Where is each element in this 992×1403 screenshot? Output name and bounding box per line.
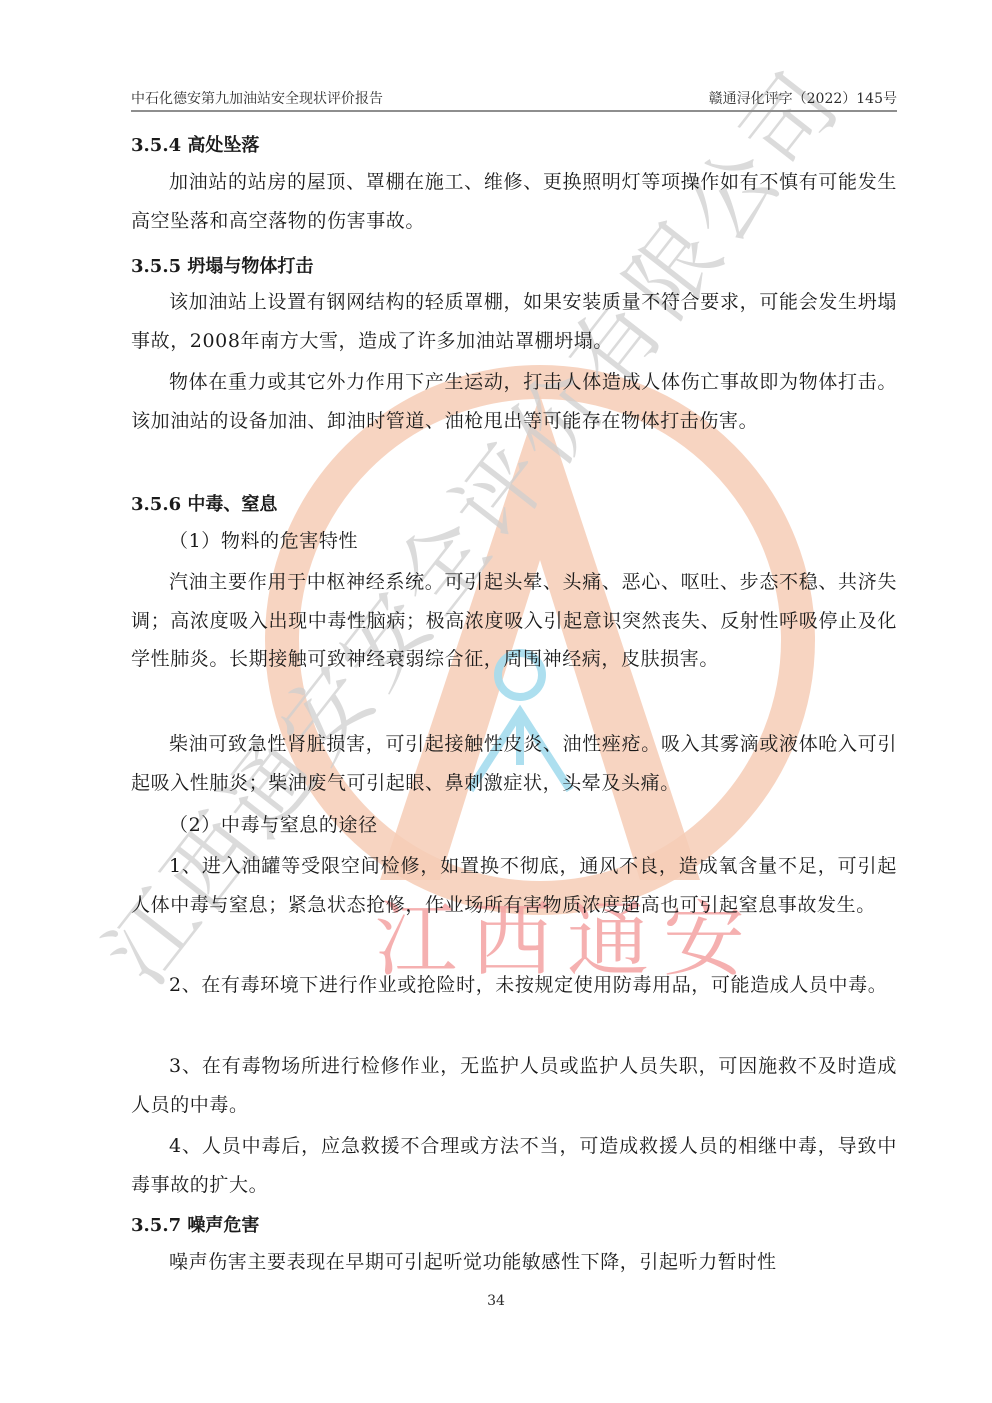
section-heading-3-5-5: 3.5.5 坍塌与物体打击 [131,252,313,278]
section-heading-3-5-4: 3.5.4 高处坠落 [131,131,259,157]
paragraph: 1、进入油罐等受限空间检修，如置换不彻底，通风不良，造成氧含量不足，可引起人体中… [131,847,897,924]
header-divider [131,110,897,112]
page-number: 34 [0,1293,992,1309]
subheading-poisoning-routes: （2）中毒与窒息的途径 [131,806,897,845]
paragraph: 该加油站上设置有钢网结构的轻质罩棚，如果安装质量不符合要求，可能会发生坍塌事故，… [131,283,897,360]
header-report-title: 中石化德安第九加油站安全现状评价报告 [131,88,383,108]
paragraph: 3、在有毒物场所进行检修作业，无监护人员或监护人员失职，可因施救不及时造成人员的… [131,1047,897,1124]
paragraph: 物体在重力或其它外力作用下产生运动，打击人体造成人体伤亡事故即为物体打击。该加油… [131,363,897,440]
paragraph: 4、人员中毒后，应急救援不合理或方法不当，可造成救援人员的相继中毒，导致中毒事故… [131,1127,897,1204]
paragraph: 2、在有毒环境下进行作业或抢险时，未按规定使用防毒用品，可能造成人员中毒。 [131,966,897,1005]
document-page: 江西通安安全评价有限公司 江西通安 中石化德安第九加油站安全现状评价报告 赣通浔… [0,0,992,1403]
header-report-number: 赣通浔化评字（2022）145号 [709,88,897,108]
section-heading-3-5-6: 3.5.6 中毒、窒息 [131,490,277,516]
paragraph: 汽油主要作用于中枢神经系统。可引起头晕、头痛、恶心、呕吐、步态不稳、共济失调；高… [131,563,897,679]
paragraph: 加油站的站房的屋顶、罩棚在施工、维修、更换照明灯等项操作如有不慎有可能发生高空坠… [131,163,897,240]
page-header: 中石化德安第九加油站安全现状评价报告 赣通浔化评字（2022）145号 [131,86,897,108]
section-heading-3-5-7: 3.5.7 噪声危害 [131,1211,259,1237]
subheading-material-hazards: （1）物料的危害特性 [131,522,897,561]
paragraph: 噪声伤害主要表现在早期可引起听觉功能敏感性下降，引起听力暂时性 [131,1243,897,1282]
paragraph: 柴油可致急性肾脏损害，可引起接触性皮炎、油性痤疮。吸入其雾滴或液体呛入可引起吸入… [131,725,897,802]
